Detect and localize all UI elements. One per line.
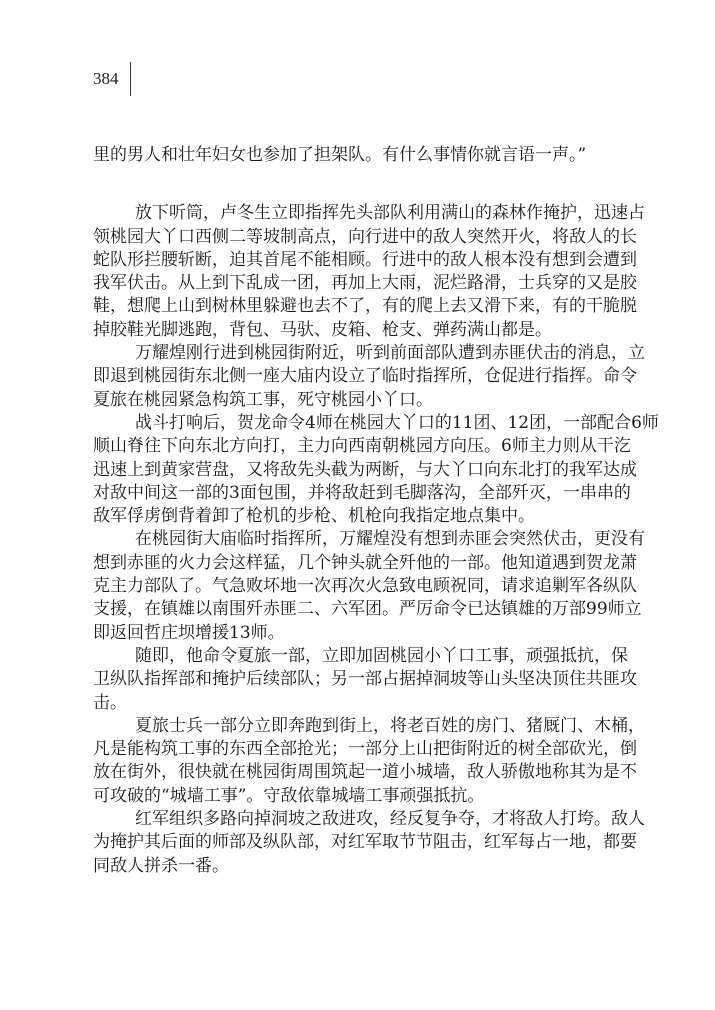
paragraph-3: 战斗打响后，贺龙命令4师在桃园大丫口的11团、12团，一部配合6师 顺山脊往下向…: [93, 412, 601, 528]
paragraph-5: 随即，他命令夏旅一部，立即加固桃园小丫口工事，顽强抵抗，保 卫纵队指挥部和掩护后…: [93, 645, 601, 715]
text-line: 夏旅士兵一部分立即奔跑到街上，将老百姓的房门、猪厩门、木桶，: [93, 715, 601, 738]
text-line: 随即，他命令夏旅一部，立即加固桃园小丫口工事，顽强抵抗，保: [93, 645, 601, 668]
text-line: 为掩护其后面的师部及纵队部，对红军取节节阻击，红军每占一地，都要: [93, 831, 601, 854]
page-header: 384: [93, 62, 131, 96]
text-line: 凡是能构筑工事的东西全部抢光；一部分上山把街附近的树全部砍光，倒: [93, 738, 601, 761]
text-line: 我军伏击。从上到下乱成一团，再加上大雨，泥烂路滑，士兵穿的又是胶: [93, 272, 601, 295]
text-line: 夏旅在桃园紧急构筑工事，死守桃园小丫口。: [93, 389, 601, 412]
paragraph-1: 放下听筒，卢冬生立即指挥先头部队利用满山的森林作掩护，迅速占 领桃园大丫口西侧二…: [93, 202, 601, 342]
text-line: 可攻破的“城墙工事”。守敌依靠城墙工事顽强抵抗。: [93, 785, 601, 808]
paragraph-2: 万耀煌刚行进到桃园街附近，听到前面部队遭到赤匪伏击的消息，立 即退到桃园街东北侧…: [93, 342, 601, 412]
text-line: 对敌中间这一部的3面包围，并将敌赶到毛脚落沟，全部歼灭，一串串的: [93, 482, 601, 505]
text-line: 顺山脊往下向东北方向打，主力向西南朝桃园方向压。6师主力则从干汔: [93, 435, 601, 458]
text-line: 想到赤匪的火力会这样猛，几个钟头就全歼他的一部。他知道遇到贺龙萧: [93, 552, 601, 575]
paragraph-7: 红军组织多路向掉洞坡之敌进攻，经反复争夺，才将敌人打垮。敌人 为掩护其后面的师部…: [93, 808, 601, 878]
text-line: 蛇队形拦腰斩断，迫其首尾不能相顾。行进中的敌人根本没有想到会遭到: [93, 249, 601, 272]
text-line: 放下听筒，卢冬生立即指挥先头部队利用满山的森林作掩护，迅速占: [93, 202, 601, 225]
text-line: 敌军俘虏倒背着卸了枪机的步枪、机枪向我指定地点集中。: [93, 505, 601, 528]
text-line: 红军组织多路向掉洞坡之敌进攻，经反复争夺，才将敌人打垮。敌人: [93, 808, 601, 831]
text-line: 击。: [93, 692, 601, 715]
text-line: 战斗打响后，贺龙命令4师在桃园大丫口的11团、12团，一部配合6师: [93, 412, 601, 435]
lead-line: 里的男人和壮年妇女也参加了担架队。有什么事情你就言语一声。”: [93, 144, 601, 167]
text-line: 克主力部队了。气急败坏地一次再次火急致电顾祝同，请求追剿军各纵队: [93, 575, 601, 598]
text-line: 同敌人拼杀一番。: [93, 855, 601, 878]
text-line: 即退到桃园街东北侧一座大庙内设立了临时指挥所，仓促进行指挥。命令: [93, 365, 601, 388]
text-line: 支援，在镇雄以南围歼赤匪二、六军团。严厉命令已达镇雄的万部99师立: [93, 598, 601, 621]
text-line: 鞋，想爬上山到树林里躲避也去不了，有的爬上去又滑下来，有的干脆脱: [93, 295, 601, 318]
paragraph-4: 在桃园街大庙临时指挥所，万耀煌没有想到赤匪会突然伏击，更没有 想到赤匪的火力会这…: [93, 528, 601, 644]
text-line: 万耀煌刚行进到桃园街附近，听到前面部队遭到赤匪伏击的消息，立: [93, 342, 601, 365]
paragraph-6: 夏旅士兵一部分立即奔跑到街上，将老百姓的房门、猪厩门、木桶， 凡是能构筑工事的东…: [93, 715, 601, 808]
text-line: 领桃园大丫口西侧二等坡制高点，向行进中的敌人突然开火，将敌人的长: [93, 226, 601, 249]
text-line: 即返回哲庄坝增援13师。: [93, 622, 601, 645]
text-line: 掉胶鞋光脚逃跑，背包、马驮、皮箱、枪支、弹药满山都是。: [93, 319, 601, 342]
text-line: 放在街外，很快就在桃园街周围筑起一道小城墙，敌人骄傲地称其为是不: [93, 761, 601, 784]
text-line: 卫纵队指挥部和掩护后续部队；另一部占据掉洞坡等山头坚决顶住共匪攻: [93, 668, 601, 691]
body-text: 里的男人和壮年妇女也参加了担架队。有什么事情你就言语一声。” 放下听筒，卢冬生立…: [93, 144, 601, 878]
page-number: 384: [93, 69, 119, 89]
text-line: 迅速上到黄家营盘，又将敌先头截为两断，与大丫口向东北打的我军达成: [93, 459, 601, 482]
header-divider: [130, 62, 132, 96]
text-line: 在桃园街大庙临时指挥所，万耀煌没有想到赤匪会突然伏击，更没有: [93, 528, 601, 551]
